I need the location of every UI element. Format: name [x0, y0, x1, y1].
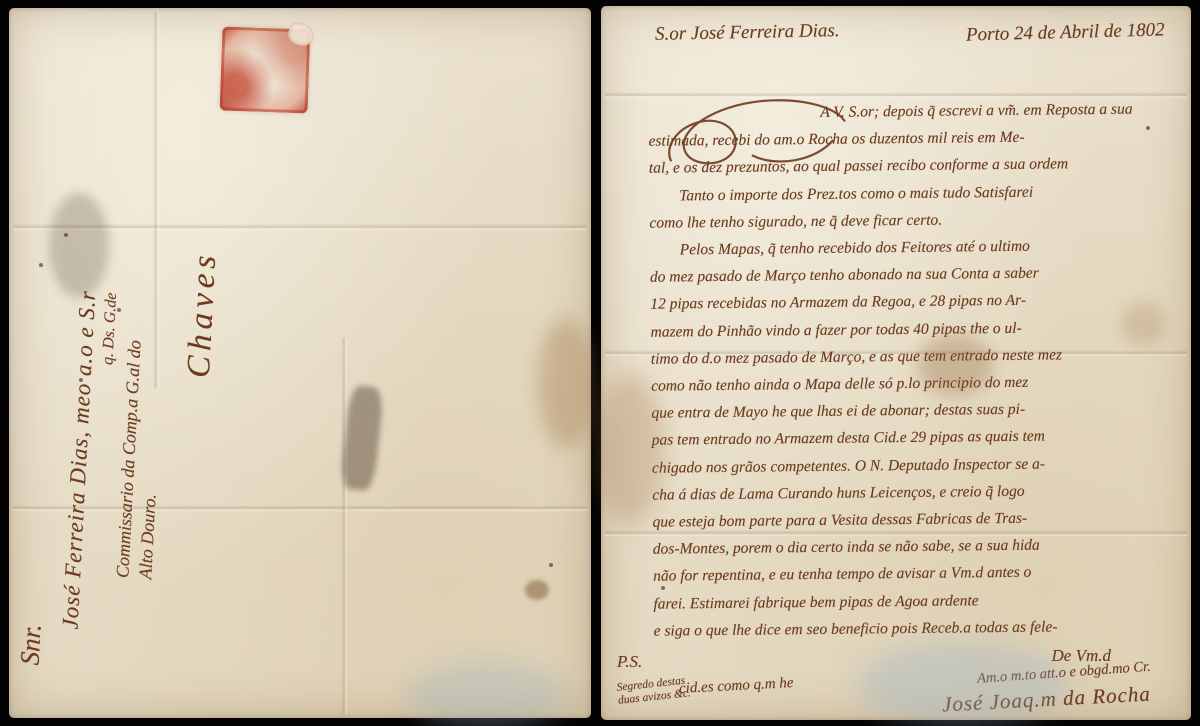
paper-speck — [549, 563, 553, 567]
letter-page: S.or José Ferreira Dias. Porto 24 de Abr… — [601, 6, 1191, 720]
wax-seal-icon — [220, 26, 311, 113]
paper-speck — [661, 586, 665, 590]
paper-speck — [117, 308, 121, 312]
letter-body: A V. S.or; depois q̃ escrevi a vm̃. em R… — [648, 95, 1170, 644]
signature-block: De Vm.d Am.o m.to att.o e obgd.mo Cr. Jo… — [942, 646, 1151, 712]
address-city: Chaves — [181, 139, 230, 379]
calligraphic-flourish-icon — [656, 95, 853, 171]
cover-page: Snr. José Ferreira Dias, meo a.o e S.r q… — [9, 8, 591, 718]
letter-header: S.or José Ferreira Dias. Porto 24 de Abr… — [655, 22, 1165, 44]
paper-speck — [64, 233, 68, 237]
paper-speck — [39, 263, 43, 267]
address-block: Snr. José Ferreira Dias, meo a.o e S.r q… — [0, 129, 566, 718]
letter-scan: Snr. José Ferreira Dias, meo a.o e S.r q… — [0, 0, 1200, 726]
header-addressee: S.or José Ferreira Dias. — [655, 20, 840, 46]
manuscript-line: e siga o que lhe dice em seo beneficio p… — [654, 612, 1170, 645]
header-dateline: Porto 24 de Abril de 1802 — [966, 19, 1165, 46]
paper-speck — [79, 378, 83, 382]
paper-speck — [1146, 126, 1150, 130]
